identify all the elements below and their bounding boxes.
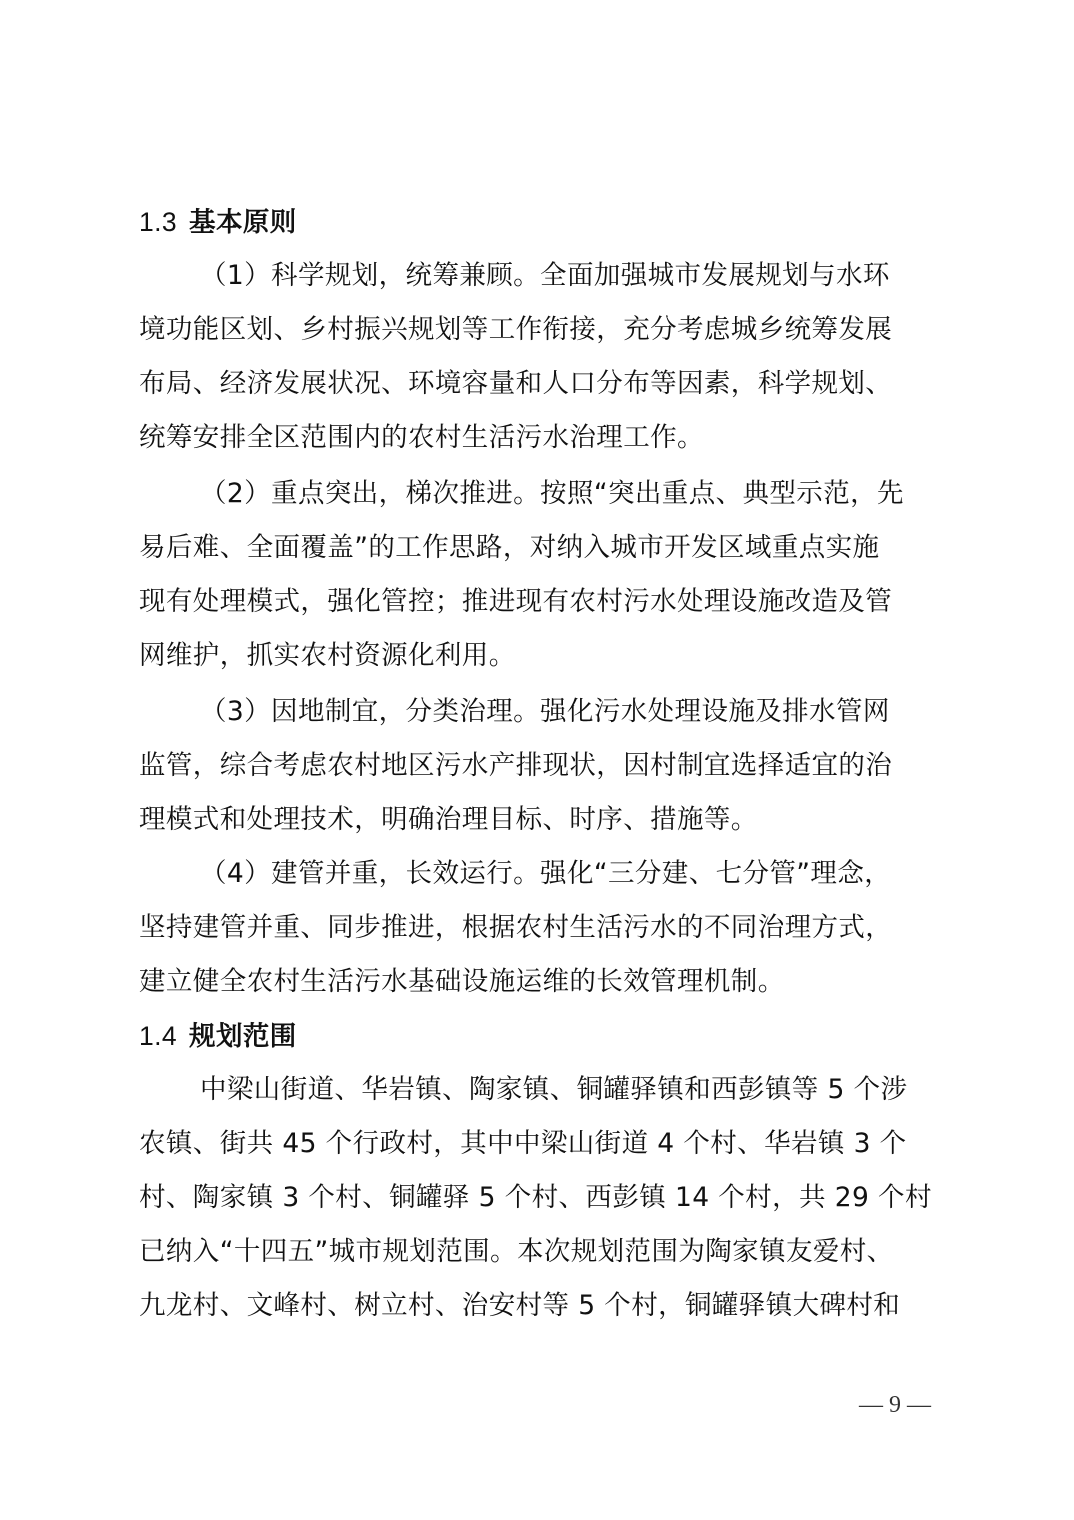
paragraph-line: 中梁山街道、华岩镇、陶家镇、铜罐驿镇和西彭镇等 5 个涉 [200, 1072, 1000, 1108]
section-title: 规划范围 [189, 1021, 297, 1052]
paragraph-line: 监管，综合考虑农村地区污水产排现状，因村制宜选择适宜的治 [139, 748, 939, 784]
page-number: — 9 — [850, 1392, 940, 1419]
paragraph-line: 已纳入“十四五”城市规划范围。本次规划范围为陶家镇友爱村、 [139, 1234, 939, 1270]
section-number: 1.4 [139, 1021, 177, 1051]
paragraph-line: 布局、经济发展状况、环境容量和人口分布等因素，科学规划、 [139, 366, 939, 402]
paragraph-line: 村、陶家镇 3 个村、铜罐驿 5 个村、西彭镇 14 个村，共 29 个村 [139, 1180, 939, 1216]
section-heading-1-3: 1.3基本原则 [139, 204, 939, 241]
paragraph-line: 坚持建管并重、同步推进，根据农村生活污水的不同治理方式， [139, 910, 939, 946]
paragraph-line: （4）建管并重，长效运行。强化“三分建、七分管”理念， [200, 856, 1000, 892]
paragraph-line: 九龙村、文峰村、树立村、治安村等 5 个村，铜罐驿镇大碑村和 [139, 1288, 939, 1324]
paragraph-line: （2）重点突出，梯次推进。按照“突出重点、典型示范，先 [200, 476, 1000, 512]
paragraph-line: （3）因地制宜，分类治理。强化污水处理设施及排水管网 [200, 694, 1000, 730]
paragraph-line: 网维护，抓实农村资源化利用。 [139, 638, 939, 674]
document-page: 1.3基本原则 （1）科学规划，统筹兼顾。全面加强城市发展规划与水环 境功能区划… [0, 0, 1074, 1520]
section-title: 基本原则 [189, 207, 297, 238]
paragraph-line: （1）科学规划，统筹兼顾。全面加强城市发展规划与水环 [200, 258, 1000, 294]
paragraph-line: 境功能区划、乡村振兴规划等工作衔接，充分考虑城乡统筹发展 [139, 312, 939, 348]
paragraph-line: 建立健全农村生活污水基础设施运维的长效管理机制。 [139, 964, 939, 1000]
paragraph-line: 统筹安排全区范围内的农村生活污水治理工作。 [139, 420, 939, 456]
paragraph-line: 现有处理模式，强化管控；推进现有农村污水处理设施改造及管 [139, 584, 939, 620]
paragraph-line: 易后难、全面覆盖”的工作思路，对纳入城市开发区域重点实施 [139, 530, 939, 566]
paragraph-line: 理模式和处理技术，明确治理目标、时序、措施等。 [139, 802, 939, 838]
section-number: 1.3 [139, 207, 177, 237]
paragraph-line: 农镇、街共 45 个行政村，其中中梁山街道 4 个村、华岩镇 3 个 [139, 1126, 939, 1162]
section-heading-1-4: 1.4规划范围 [139, 1018, 939, 1055]
